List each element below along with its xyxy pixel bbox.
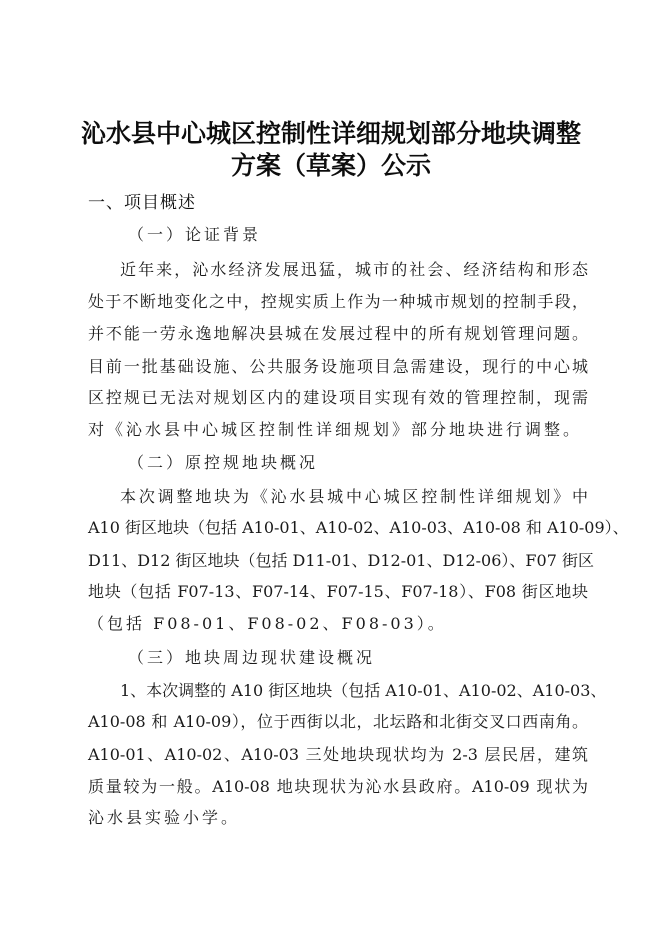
paragraph-line: 地块（包括 F07-13、F07-14、F07-15、F07-18）、F08 街… — [88, 581, 588, 603]
subsection-heading-surrounding-status: （三）地块周边现状建设概况 — [128, 647, 375, 669]
subsection-heading-background: （一）论证背景 — [128, 224, 261, 246]
paragraph-line: 区控规已无法对规划区内的建设项目实现有效的管理控制，现需 — [88, 387, 588, 409]
paragraph-line: 质量较为一般。A10-08 地块现状为沁水县政府。A10-09 现状为 — [88, 776, 588, 798]
paragraph-line: 处于不断地变化之中，控规实质上作为一种城市规划的控制手段， — [88, 291, 588, 313]
document-title-line-1: 沁水县中心城区控制性详细规划部分地块调整 — [60, 118, 602, 150]
section-heading-project-overview: 一、项目概述 — [88, 192, 196, 214]
paragraph-line: 近年来，沁水经济发展迅猛，城市的社会、经济结构和形态 — [120, 259, 588, 281]
paragraph-line: D11、D12 街区地块（包括 D11-01、D12-01、D12-06）、F0… — [88, 550, 588, 572]
paragraph-line: A10-01、A10-02、A10-03 三处地块现状均为 2-3 层民居，建筑 — [88, 744, 588, 766]
document-title-line-2: 方案（草案）公示 — [60, 150, 602, 182]
paragraph-line: A10-08 和 A10-09），位于西街以北，北坛路和北街交叉口西南角。 — [88, 711, 588, 733]
paragraph-line: A10 街区地块（包括 A10-01、A10-02、A10-03、A10-08 … — [88, 517, 588, 539]
paragraph-line: 本次调整地块为《沁水县城中心城区控制性详细规划》中 — [120, 486, 588, 508]
subsection-heading-original-plots: （二）原控规地块概况 — [128, 452, 318, 474]
paragraph-line: 并不能一劳永逸地解决县城在发展过程中的所有规划管理问题。 — [88, 323, 588, 345]
paragraph-line: 沁水县实验小学。 — [88, 807, 588, 829]
paragraph-line: （包括 F08-01、F08-02、F08-03）。 — [88, 613, 588, 635]
paragraph-line: 对《沁水县中心城区控制性详细规划》部分地块进行调整。 — [88, 419, 588, 441]
document-page: 沁水县中心城区控制性详细规划部分地块调整 方案（草案）公示 一、项目概述 （一）… — [0, 0, 662, 936]
paragraph-line: 1、本次调整的 A10 街区地块（包括 A10-01、A10-02、A10-03… — [120, 680, 588, 702]
paragraph-line: 目前一批基础设施、公共服务设施项目急需建设，现行的中心城 — [88, 356, 588, 378]
